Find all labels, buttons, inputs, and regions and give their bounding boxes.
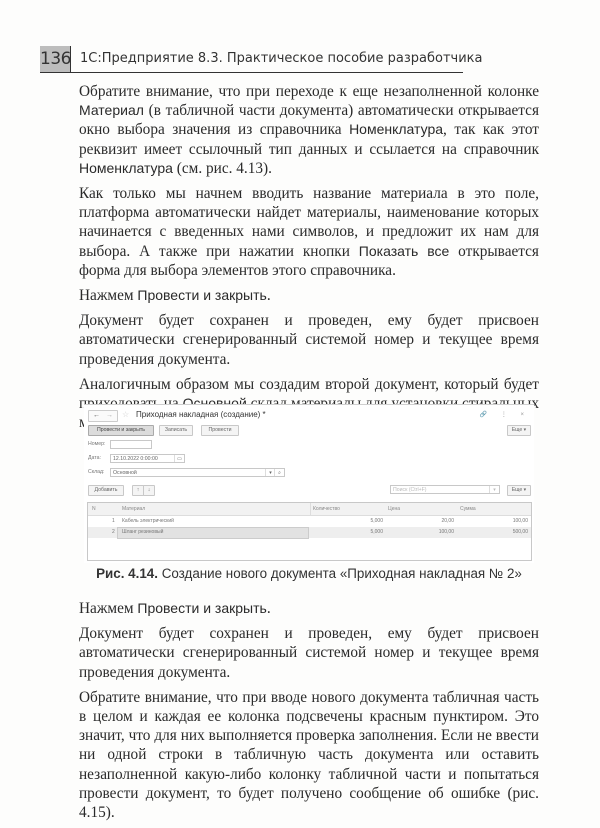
number-input[interactable] <box>110 440 152 449</box>
paragraph: Нажмем Провести и закрыть. <box>79 286 539 305</box>
paragraph: Как только мы начнем вводить название ма… <box>79 184 539 280</box>
running-title: 1С:Предприятие 8.3. Практическое пособие… <box>80 46 482 72</box>
window-title: Приходная накладная (создание) * <box>136 410 266 420</box>
paragraph: Документ будет сохранен и проведен, ему … <box>79 311 539 369</box>
text-run: Нажмем <box>79 600 137 617</box>
open-icon[interactable]: ⌕ <box>274 469 284 476</box>
forward-arrow-icon[interactable]: → <box>106 411 113 421</box>
paragraph: Обратите внимание, что при переходе к ещ… <box>79 82 539 178</box>
date-label: Дата: <box>88 454 101 463</box>
calendar-icon[interactable]: ▭ <box>174 455 184 462</box>
warehouse-label: Склад: <box>88 468 104 477</box>
text-run: Документ будет сохранен и проведен, ему … <box>79 625 539 680</box>
column-material[interactable]: Материал <box>122 503 145 515</box>
search-dropdown-icon[interactable]: ▾ <box>489 486 499 493</box>
table-header: N Материал Количество Цена Сумма <box>88 503 531 516</box>
figure-screenshot: ← → ☆ Приходная накладная (создание) * 🔗… <box>84 404 534 563</box>
text-run: (см. рис. 4.13). <box>173 160 272 177</box>
row-quantity[interactable]: 5,000 <box>353 516 383 527</box>
ui-term: Материал <box>79 102 144 118</box>
caption-text: Создание нового документа «Приходная нак… <box>158 566 522 581</box>
back-arrow-icon[interactable]: ← <box>93 411 100 421</box>
post-and-close-button[interactable]: Провести и закрыть <box>88 425 154 436</box>
row-price[interactable]: 20,00 <box>418 516 454 527</box>
number-label: Номер: <box>88 440 105 449</box>
text-run: Документ будет сохранен и проведен, ему … <box>79 312 539 367</box>
row-sum: 500,00 <box>488 527 528 538</box>
page-number: 136 <box>40 46 71 72</box>
date-input[interactable]: 12.10.2022 0:00:00 ▭ <box>110 454 185 463</box>
nav-buttons: ← → <box>88 410 118 422</box>
running-header: 136 1С:Предприятие 8.3. Практическое пос… <box>40 46 463 73</box>
ui-term: Провести и закрыть <box>137 287 266 303</box>
body-text-bottom: Нажмем Провести и закрыть.Документ будет… <box>79 599 539 828</box>
column-n[interactable]: N <box>92 503 96 515</box>
favorite-star-icon[interactable]: ☆ <box>122 410 129 420</box>
paragraph: Документ будет сохранен и проведен, ему … <box>79 624 539 682</box>
row-price[interactable]: 100,00 <box>418 527 454 538</box>
table-row[interactable]: 1 Кабель электрический 5,000 20,00 100,0… <box>88 516 531 527</box>
window-control-icons[interactable]: 🔗 ⋮ × <box>480 410 530 420</box>
row-number: 2 <box>112 527 115 538</box>
text-run: Нажмем <box>79 287 137 304</box>
ui-term: Показать все <box>359 243 450 259</box>
warehouse-value: Основной <box>113 470 137 476</box>
post-button[interactable]: Провести <box>201 425 239 436</box>
save-button[interactable]: Записать <box>159 425 193 436</box>
ui-term: Провести и закрыть <box>137 600 266 616</box>
paragraph: Обратите внимание, что при вводе нового … <box>79 688 539 822</box>
ui-term: Номенклатура <box>79 160 173 176</box>
warehouse-input[interactable]: Основной ▾ ⌕ <box>110 468 285 477</box>
figure-caption: Рис. 4.14. Создание нового документа «Пр… <box>79 566 539 581</box>
text-run: . <box>267 287 271 304</box>
more-button[interactable]: Еще ▾ <box>507 425 531 436</box>
row-material[interactable]: Шланг резиновый <box>122 527 163 538</box>
table-more-button[interactable]: Еще ▾ <box>507 485 531 496</box>
paragraph: Нажмем Провести и закрыть. <box>79 599 539 618</box>
row-number: 1 <box>112 516 115 527</box>
table-search-input[interactable]: Поиск (Ctrl+F) ▾ <box>390 485 500 494</box>
text-run: . <box>267 600 271 617</box>
column-quantity[interactable]: Количество <box>310 503 340 515</box>
column-sum[interactable]: Сумма <box>460 503 476 515</box>
row-sum: 100,00 <box>488 516 528 527</box>
ui-term: Номенклатура <box>349 121 443 137</box>
row-quantity[interactable]: 5,000 <box>353 527 383 538</box>
search-placeholder: Поиск (Ctrl+F) <box>393 487 427 493</box>
text-run: Обратите внимание, что при переходе к ещ… <box>79 83 539 100</box>
text-run: Обратите внимание, что при вводе нового … <box>79 689 539 821</box>
move-down-button[interactable]: ↓ <box>143 485 155 496</box>
table-row-selected[interactable]: 2 Шланг резиновый 5,000 100,00 500,00 <box>88 527 531 538</box>
column-price[interactable]: Цена <box>388 503 400 515</box>
caption-label: Рис. 4.14. <box>96 566 158 581</box>
add-row-button[interactable]: Добавить <box>88 485 124 496</box>
date-value: 12.10.2022 0:00:00 <box>113 456 158 462</box>
goods-table: N Материал Количество Цена Сумма 1 Кабел… <box>87 502 532 561</box>
row-material[interactable]: Кабель электрический <box>122 516 174 527</box>
body-text-top: Обратите внимание, что при переходе к ещ… <box>79 82 539 438</box>
